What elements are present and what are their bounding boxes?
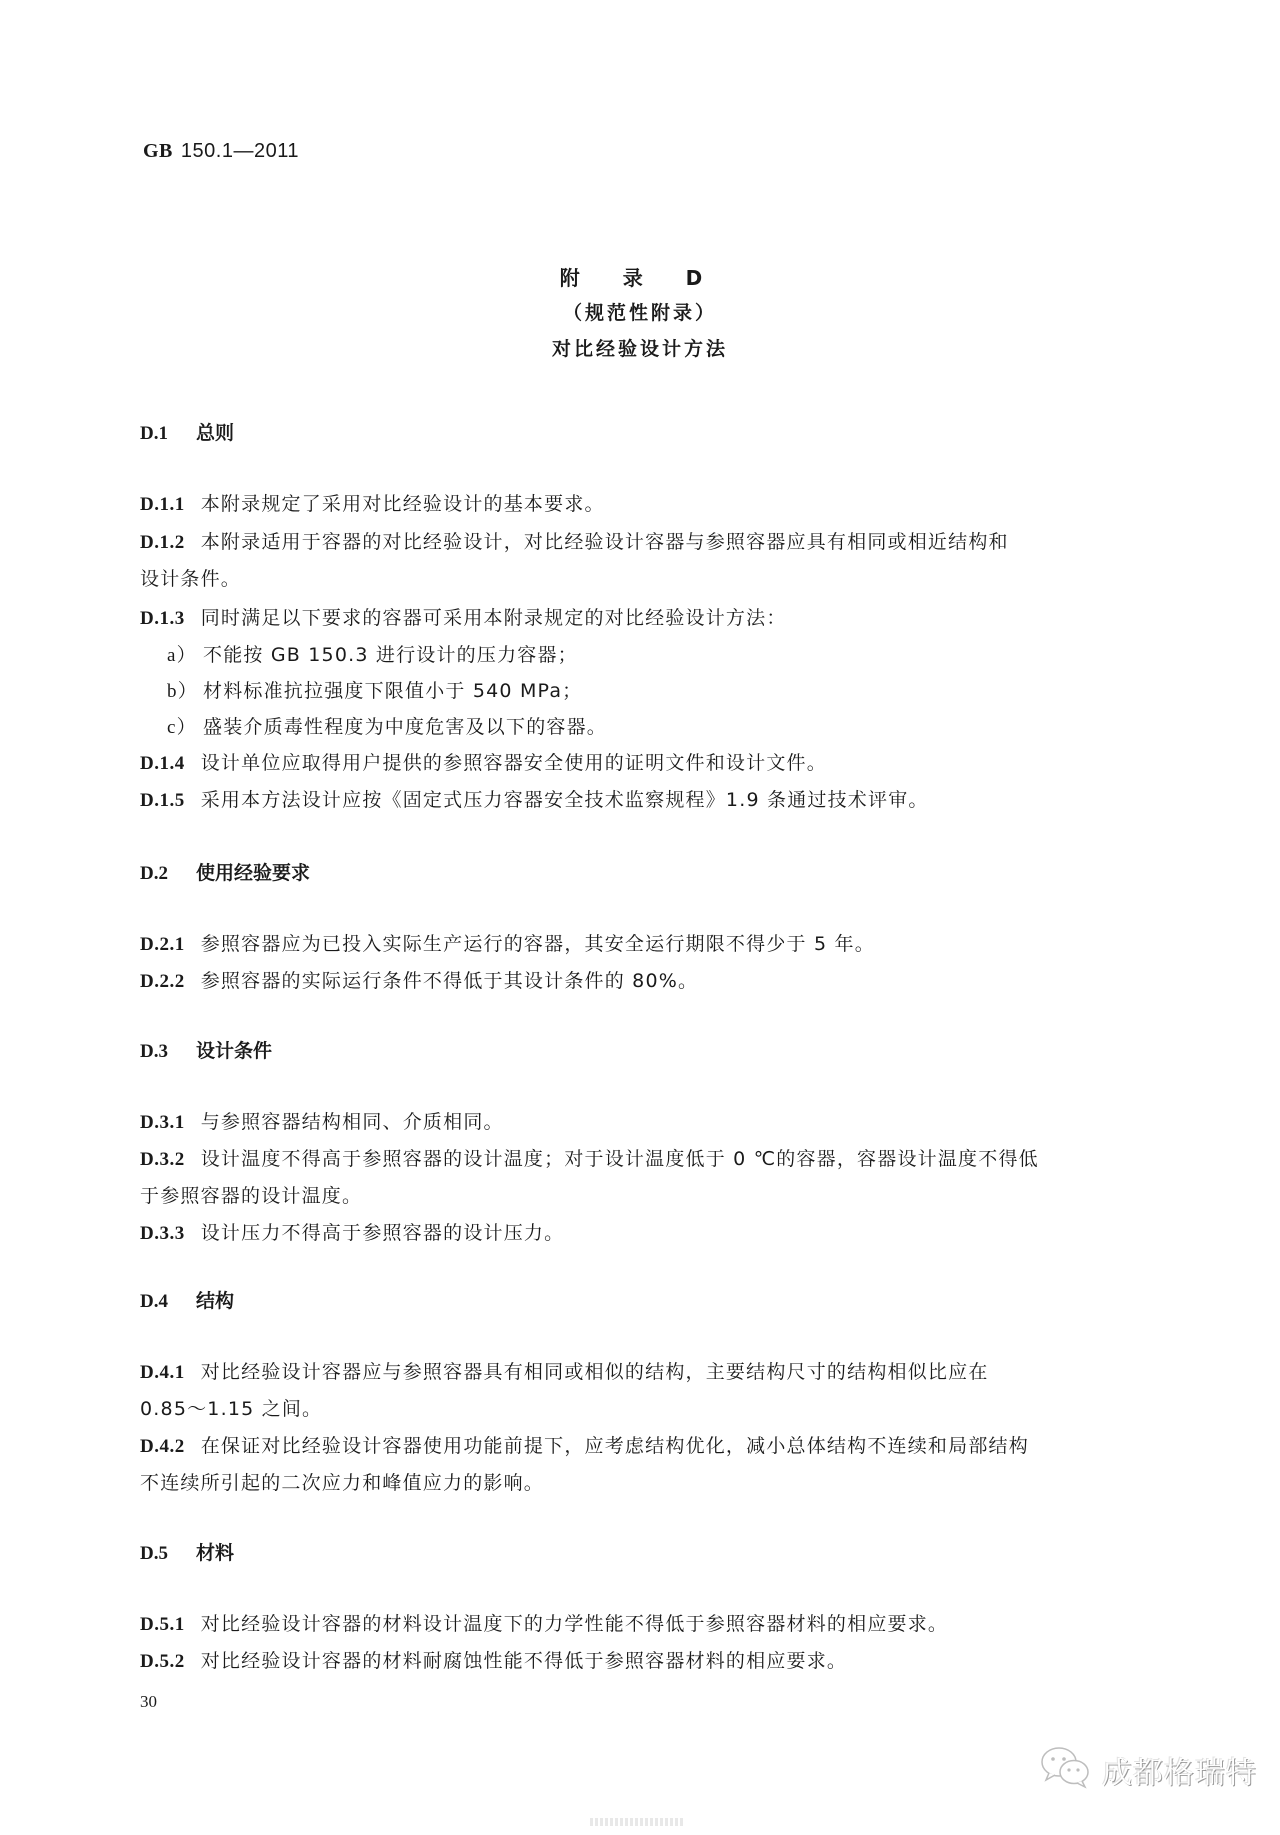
clause-text: 采用本方法设计应按《固定式压力容器安全技术监察规程》1.9 条通过技术评审。 [201, 789, 929, 811]
list-text: 盛装介质毒性程度为中度危害及以下的容器。 [203, 716, 607, 738]
annex-name: 对比经验设计方法 [0, 334, 1280, 361]
document-page: GB150.1—2011 附 录 D （规范性附录） 对比经验设计方法 D.1总… [0, 0, 1280, 1835]
list-item-c: c）盛装介质毒性程度为中度危害及以下的容器。 [167, 709, 607, 746]
list-text: 不能按 GB 150.3 进行设计的压力容器； [203, 644, 578, 666]
standard-header: GB150.1—2011 [143, 140, 299, 163]
clause-d-3-3: D.3.3设计压力不得高于参照容器的设计压力。 [140, 1215, 1140, 1252]
clause-text: 对比经验设计容器的材料设计温度下的力学性能不得低于参照容器材料的相应要求。 [201, 1613, 948, 1635]
clause-text: 同时满足以下要求的容器可采用本附录规定的对比经验设计方法： [201, 607, 787, 629]
clause-text: 对比经验设计容器应与参照容器具有相同或相似的结构，主要结构尺寸的结构相似比应在 [201, 1361, 989, 1383]
annex-title: 附 录 D [0, 262, 1280, 291]
list-item-a: a）不能按 GB 150.3 进行设计的压力容器； [167, 637, 578, 674]
clause-text: 本附录规定了采用对比经验设计的基本要求。 [201, 493, 605, 515]
clause-d-2-1: D.2.1参照容器应为已投入实际生产运行的容器，其安全运行期限不得少于 5 年。 [140, 926, 1140, 963]
section-heading-d2: D.2使用经验要求 [140, 858, 310, 885]
clause-continuation: 不连续所引起的二次应力和峰值应力的影响。 [140, 1472, 544, 1494]
clause-number: D.1.2 [140, 532, 185, 553]
standard-number: 150.1—2011 [181, 140, 299, 162]
clause-number: D.1.3 [140, 608, 185, 629]
clause-number: D.4.2 [140, 1436, 185, 1457]
annex-subtitle: （规范性附录） [0, 298, 1280, 325]
watermark: 成都格瑞特 [1040, 1745, 1257, 1795]
clause-number: D.3.3 [140, 1223, 185, 1244]
clause-d-1-4: D.1.4设计单位应取得用户提供的参照容器安全使用的证明文件和设计文件。 [140, 745, 1140, 782]
clause-d-5-1: D.5.1对比经验设计容器的材料设计温度下的力学性能不得低于参照容器材料的相应要… [140, 1606, 1140, 1643]
clause-text: 设计单位应取得用户提供的参照容器安全使用的证明文件和设计文件。 [201, 752, 827, 774]
clause-number: D.3.1 [140, 1112, 185, 1133]
list-text: 材料标准抗拉强度下限值小于 540 MPa； [203, 680, 582, 702]
clause-d-5-2: D.5.2对比经验设计容器的材料耐腐蚀性能不得低于参照容器材料的相应要求。 [140, 1643, 1140, 1680]
section-heading-d4: D.4结构 [140, 1286, 234, 1313]
clause-d-1-1: D.1.1本附录规定了采用对比经验设计的基本要求。 [140, 486, 1140, 523]
list-marker: b） [167, 674, 203, 710]
clause-number: D.2.2 [140, 971, 185, 992]
clause-text: 本附录适用于容器的对比经验设计，对比经验设计容器与参照容器应具有相同或相近结构和 [201, 531, 1009, 553]
clause-text: 与参照容器结构相同、介质相同。 [201, 1111, 504, 1133]
clause-continuation: 于参照容器的设计温度。 [140, 1185, 362, 1207]
clause-d-1-5: D.1.5采用本方法设计应按《固定式压力容器安全技术监察规程》1.9 条通过技术… [140, 782, 1140, 819]
clause-text: 设计温度不得高于参照容器的设计温度；对于设计温度低于 0 ℃的容器，容器设计温度… [201, 1148, 1039, 1170]
clause-number: D.1.4 [140, 753, 185, 774]
section-heading-d1: D.1总则 [140, 418, 234, 445]
list-marker: c） [167, 710, 203, 746]
section-title: 总则 [196, 422, 234, 444]
watermark-text: 成都格瑞特 [1102, 1748, 1257, 1792]
clause-text: 对比经验设计容器的材料耐腐蚀性能不得低于参照容器材料的相应要求。 [201, 1650, 847, 1672]
section-heading-d3: D.3设计条件 [140, 1036, 272, 1063]
standard-prefix: GB [143, 140, 173, 162]
clause-number: D.1.1 [140, 494, 185, 515]
clause-number: D.3.2 [140, 1149, 185, 1170]
clause-d-4-1: D.4.1对比经验设计容器应与参照容器具有相同或相似的结构，主要结构尺寸的结构相… [140, 1354, 1140, 1427]
section-heading-d5: D.5材料 [140, 1538, 234, 1565]
section-number: D.5 [140, 1543, 196, 1565]
clause-number: D.5.1 [140, 1614, 185, 1635]
clause-text: 设计压力不得高于参照容器的设计压力。 [201, 1222, 565, 1244]
section-number: D.4 [140, 1291, 196, 1313]
faint-footer-mark [590, 1818, 685, 1826]
clause-text: 在保证对比经验设计容器使用功能前提下，应考虑结构优化，减小总体结构不连续和局部结… [201, 1435, 1029, 1457]
clause-number: D.5.2 [140, 1651, 185, 1672]
section-title: 材料 [196, 1542, 234, 1564]
list-item-b: b）材料标准抗拉强度下限值小于 540 MPa； [167, 673, 582, 710]
section-title: 设计条件 [196, 1040, 272, 1062]
clause-continuation: 0.85～1.15 之间。 [140, 1398, 322, 1420]
clause-d-1-2: D.1.2本附录适用于容器的对比经验设计，对比经验设计容器与参照容器应具有相同或… [140, 524, 1140, 597]
clause-d-1-3: D.1.3同时满足以下要求的容器可采用本附录规定的对比经验设计方法： [140, 600, 1140, 637]
clause-text: 参照容器的实际运行条件不得低于其设计条件的 80%。 [201, 970, 698, 992]
section-title: 结构 [196, 1290, 234, 1312]
clause-number: D.4.1 [140, 1362, 185, 1383]
clause-d-2-2: D.2.2参照容器的实际运行条件不得低于其设计条件的 80%。 [140, 963, 1140, 1000]
section-number: D.1 [140, 423, 196, 445]
clause-d-4-2: D.4.2在保证对比经验设计容器使用功能前提下，应考虑结构优化，减小总体结构不连… [140, 1428, 1140, 1501]
clause-text: 参照容器应为已投入实际生产运行的容器，其安全运行期限不得少于 5 年。 [201, 933, 875, 955]
clause-d-3-2: D.3.2设计温度不得高于参照容器的设计温度；对于设计温度低于 0 ℃的容器，容… [140, 1141, 1140, 1214]
clause-d-3-1: D.3.1与参照容器结构相同、介质相同。 [140, 1104, 1140, 1141]
wechat-icon [1040, 1745, 1092, 1795]
page-number: 30 [140, 1692, 157, 1712]
section-title: 使用经验要求 [196, 862, 310, 884]
section-number: D.2 [140, 863, 196, 885]
list-marker: a） [167, 638, 203, 674]
clause-continuation: 设计条件。 [140, 568, 241, 590]
clause-number: D.1.5 [140, 790, 185, 811]
clause-number: D.2.1 [140, 934, 185, 955]
section-number: D.3 [140, 1041, 196, 1063]
